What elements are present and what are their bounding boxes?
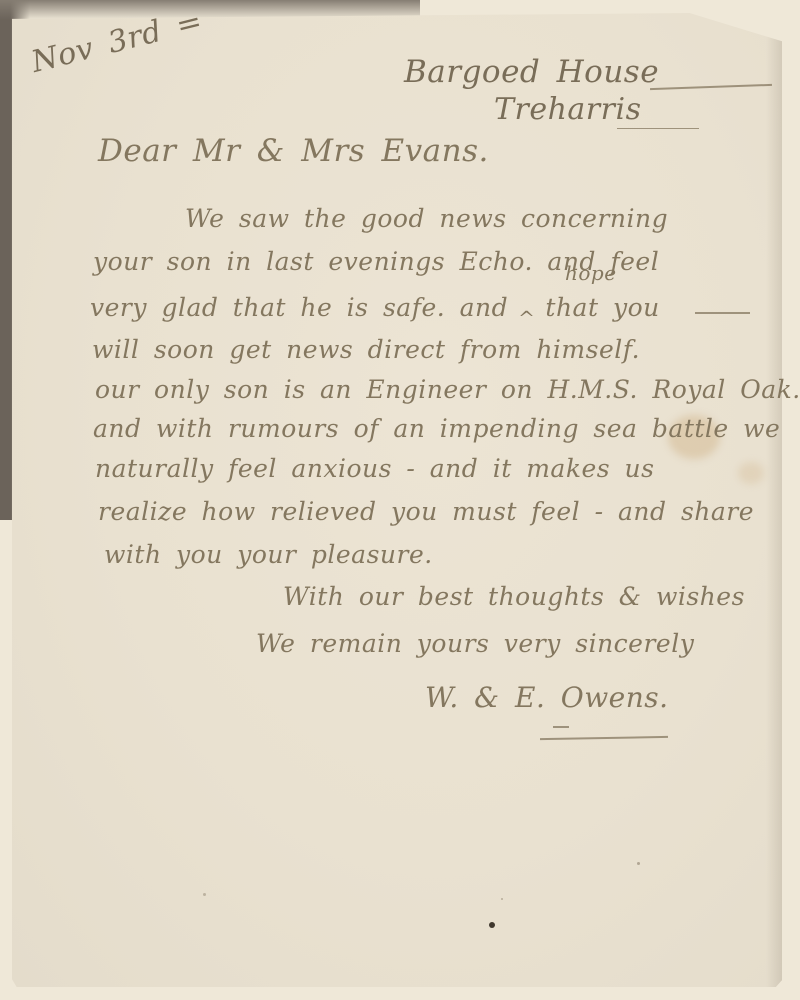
body-line-3-part1: very glad that he is safe. and xyxy=(90,293,508,322)
paper-stain-small xyxy=(738,462,764,484)
paper-right-edge-shade xyxy=(766,13,782,987)
body-line-9: with you your pleasure. xyxy=(104,540,433,569)
signature-flourish xyxy=(553,726,569,728)
signature: W. & E. Owens. xyxy=(425,681,669,714)
address-underline xyxy=(617,128,699,129)
body-line-4: will soon get news direct from himself. xyxy=(92,335,640,364)
closing-line-1: With our best thoughts & wishes xyxy=(283,582,745,611)
address-line-house: Bargoed House xyxy=(404,54,659,90)
paper-speck-1 xyxy=(637,862,640,865)
body-line-3-part2: that you xyxy=(545,293,659,322)
address-line-town: Treharris xyxy=(494,92,641,127)
caret-insertion-mark: ^ xyxy=(518,306,535,330)
insertion-hope: hope xyxy=(565,261,617,285)
closing-line-2: We remain yours very sincerely xyxy=(256,629,694,658)
body-line-6: and with rumours of an impending sea bat… xyxy=(93,414,780,443)
scan-stage: Nov 3rd = Bargoed House Treharris Dear M… xyxy=(0,0,800,1000)
body-line-3: very glad that he is safe. and ^ that yo… xyxy=(90,293,660,322)
body-line-1: We saw the good news concerning xyxy=(185,204,668,233)
body-line-5: our only son is an Engineer on H.M.S. Ro… xyxy=(95,375,800,404)
salutation: Dear Mr & Mrs Evans. xyxy=(98,133,489,169)
line-3-trailing-dash xyxy=(695,312,750,314)
body-line-7: naturally feel anxious - and it makes us xyxy=(95,454,655,483)
body-line-8: realize how relieved you must feel - and… xyxy=(98,497,754,526)
ink-dot xyxy=(489,922,495,928)
paper-speck-3 xyxy=(501,898,503,900)
paper-speck-2 xyxy=(203,893,206,896)
